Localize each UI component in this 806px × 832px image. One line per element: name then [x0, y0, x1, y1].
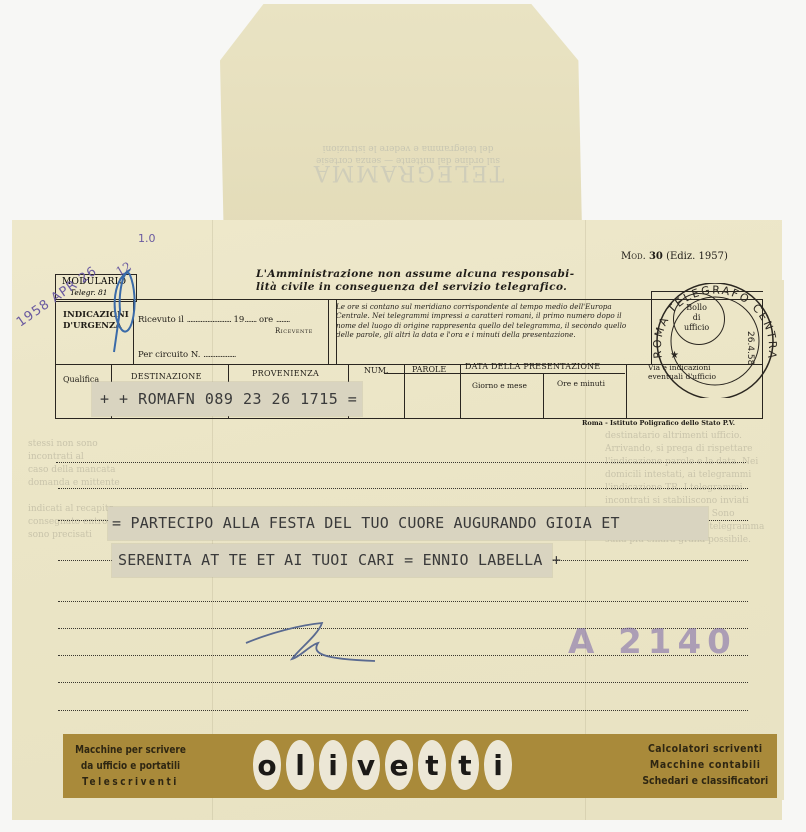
svg-text:★: ★: [670, 350, 679, 361]
serial-number-stamp: A 2140: [568, 622, 737, 662]
col-data-presentazione: DATA DELLA PRESENTAZIONE: [465, 362, 600, 371]
col-num: NUM.: [364, 366, 388, 375]
logo-letter: e: [385, 740, 413, 790]
logo-letter: o: [253, 740, 281, 790]
logo-letter: t: [418, 740, 446, 790]
col-provenienza: PROVENIENZA: [252, 369, 319, 378]
grid-col-divider: [543, 373, 544, 418]
message-tape-line-2: SERENITA AT TE ET AI TUOI CARI = ENNIO L…: [112, 544, 552, 577]
form-model: Mod. 30 (Ediz. 1957): [621, 251, 728, 262]
printer-credit: Roma - Istituto Poligrafico dello Stato …: [582, 419, 735, 427]
col-ore-minuti: Ore e minuti: [557, 379, 605, 388]
grid-col-divider: [460, 364, 461, 418]
col-parole: PAROLE: [412, 365, 446, 374]
ad-right-text: Calcolatori scriventi Macchine contabili…: [642, 741, 770, 789]
handwritten-note: 1.0: [138, 232, 156, 245]
received-field: Ricevuto il .......................... 1…: [138, 315, 290, 325]
postmark-stamp-icon: ROMA TELEGRAFO CENTRALE 26.4.58 ★: [640, 283, 790, 398]
time-reference-note: Le ore si contano sul meridiano corrispo…: [336, 302, 636, 340]
signature-icon: [240, 615, 380, 670]
writing-line: [56, 462, 746, 463]
blue-pen-scribble-icon: [100, 260, 160, 360]
message-tape-line-1: = PARTECIPO ALLA FESTA DEL TUO CUORE AUG…: [108, 507, 708, 540]
writing-line: [58, 488, 748, 489]
logo-letter: l: [286, 740, 314, 790]
receiver-label: Ricevente: [275, 327, 313, 335]
logo-letter: v: [352, 740, 380, 790]
grid-col-divider: [328, 299, 329, 365]
olivetti-advertisement: Macchine per scrivere da ufficio e porta…: [63, 734, 777, 798]
logo-letter: t: [451, 740, 479, 790]
routing-tape: + + ROMAFN 089 23 26 1715 =: [92, 382, 362, 416]
grid-col-divider: [626, 364, 627, 418]
liability-disclaimer: L'Amministrazione non assume alcuna resp…: [256, 268, 574, 294]
logo-letter: i: [484, 740, 512, 790]
envelope-flap: [220, 4, 582, 230]
logo-letter: i: [319, 740, 347, 790]
writing-line: [58, 710, 748, 711]
ad-left-text: Macchine per scrivere da ufficio e porta…: [71, 742, 190, 790]
grid-col-divider: [404, 364, 405, 418]
flap-bleedthrough-text: TELEGRAMMA sul ordine dal mittente — sen…: [258, 142, 558, 178]
col-destinazione: DESTINAZIONE: [131, 372, 202, 381]
col-giorno-mese: Giorno e mese: [472, 381, 527, 390]
olivetti-logo: o l i v e t t i: [253, 740, 512, 790]
writing-line: [58, 601, 748, 602]
writing-line: [58, 682, 748, 683]
svg-text:26.4.58: 26.4.58: [745, 331, 755, 366]
